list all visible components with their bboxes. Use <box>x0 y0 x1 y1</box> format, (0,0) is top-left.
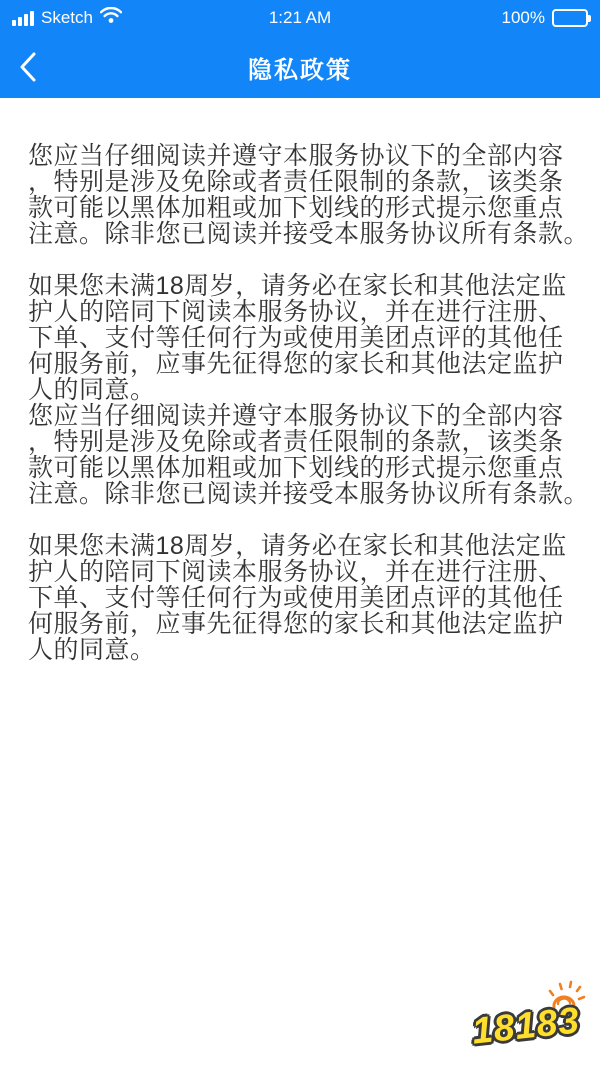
carrier-label: Sketch <box>41 8 93 28</box>
app-header: Sketch 1:21 AM 100% 隐私政策 <box>0 0 600 98</box>
page-title: 隐私政策 <box>248 50 352 85</box>
nav-bar: 隐私政策 <box>0 36 600 98</box>
wifi-icon <box>100 7 122 29</box>
signal-strength-icon <box>12 11 34 26</box>
policy-paragraph: 如果您未满18周岁，请务必在家长和其他法定监 护人的陪同下阅读本服务协议，并在进… <box>28 273 594 403</box>
status-bar: Sketch 1:21 AM 100% <box>0 0 600 36</box>
watermark-text: 18183 <box>470 999 582 1052</box>
policy-paragraph: 您应当仔细阅读并遵守本服务协议下的全部内容 ，特别是涉及免除或者责任限制的条款，… <box>28 403 594 507</box>
privacy-policy-screen: { "colors": { "header_blue": "#1285F8", … <box>0 0 600 1067</box>
policy-paragraph: 您应当仔细阅读并遵守本服务协议下的全部内容 ，特别是涉及免除或者责任限制的条款，… <box>28 143 594 247</box>
chevron-left-icon <box>17 50 39 87</box>
back-button[interactable] <box>8 48 48 88</box>
policy-paragraph: 如果您未满18周岁，请务必在家长和其他法定监 护人的陪同下阅读本服务协议，并在进… <box>28 533 594 663</box>
watermark-18183-logo: 18183 <box>444 975 594 1055</box>
policy-text: 您应当仔细阅读并遵守本服务协议下的全部内容 ，特别是涉及免除或者责任限制的条款，… <box>0 98 600 663</box>
battery-percent-label: 100% <box>502 8 545 28</box>
battery-icon <box>552 9 588 27</box>
